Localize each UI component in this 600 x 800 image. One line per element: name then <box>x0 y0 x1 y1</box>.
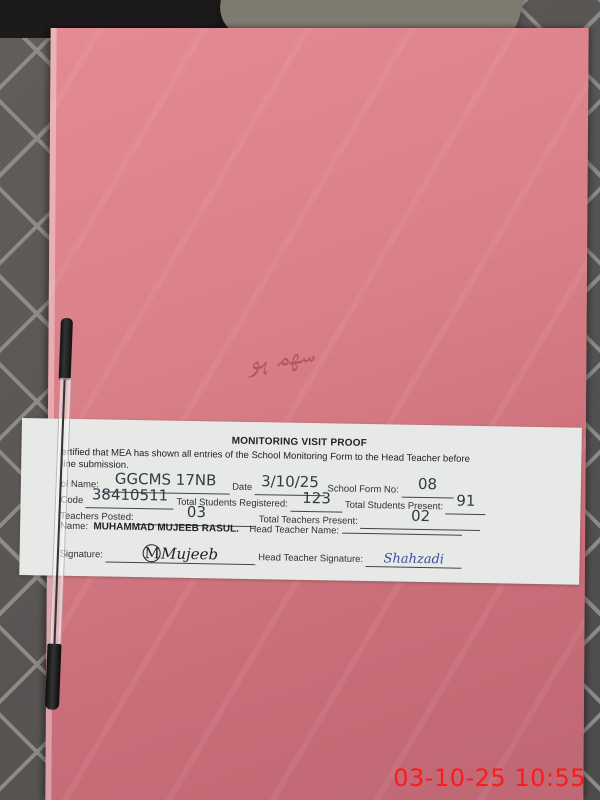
head-teacher-signature-field: Shahzadi <box>366 551 462 569</box>
pink-notebook: ﺳﻬﻣ ﮨﻮ <box>45 28 588 800</box>
signature-label: Signature <box>60 549 101 561</box>
photo-timestamp: 03-10-25 10:55 <box>393 764 586 792</box>
signature-mark: MMujeeb <box>143 544 218 563</box>
school-form-no-value: 08 <box>418 475 437 493</box>
teachers-posted-value: 03 <box>187 503 206 521</box>
form-title: MONITORING VISIT PROOF <box>232 436 368 449</box>
code-value: 38410511 <box>92 485 169 504</box>
signature-row: Signature: MMujeeb Head Teacher Signatur… <box>59 543 461 569</box>
head-teacher-name-field <box>342 533 462 536</box>
monitoring-form-strip: MONITORING VISIT PROOF ertified that MEA… <box>19 418 582 585</box>
total-students-present-value: 91 <box>456 492 475 510</box>
circled-m-icon: M <box>143 544 161 562</box>
signature-field: MMujeeb <box>105 543 255 565</box>
pen-tip <box>45 643 62 709</box>
head-teacher-name-label: Head Teacher Name <box>249 524 336 537</box>
total-students-registered-value: 123 <box>302 489 331 507</box>
name-value: MUHAMMAD MUJEEB RASUL. <box>93 521 239 535</box>
total-teachers-present-value: 02 <box>411 507 430 525</box>
head-teacher-signature-label: Head Teacher Signature <box>258 552 360 565</box>
signature-value: Mujeeb <box>161 544 218 563</box>
head-teacher-signature-value: Shahzadi <box>383 551 444 567</box>
cover-handwriting: ﺳﻬﻣ ﮨﻮ <box>245 313 471 403</box>
pen-cap <box>59 318 73 380</box>
